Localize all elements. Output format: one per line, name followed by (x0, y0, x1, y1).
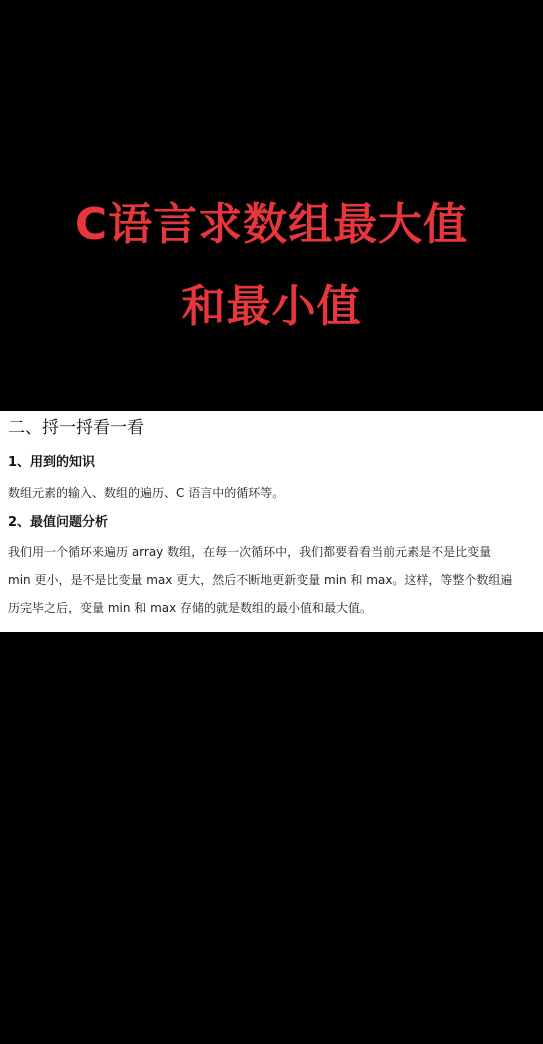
section-heading-analysis: 2、最值问题分析 (8, 514, 108, 532)
section-heading-knowledge: 1、用到的知识 (8, 454, 95, 472)
title-line-1: C语言求数组最大值 (0, 202, 543, 248)
video-title: C语言求数组最大值 和最小值 (0, 190, 543, 330)
analysis-line-1: 我们用一个循环来遍历 array 数组，在每一次循环中，我们都要看看当前元素是不… (8, 543, 491, 561)
document-excerpt: 二、捋一捋看一看 1、用到的知识 数组元素的输入、数组的遍历、C 语言中的循环等… (0, 411, 543, 632)
analysis-line-2: min 更小，是不是比变量 max 更大，然后不断地更新变量 min 和 max… (8, 571, 512, 589)
title-line-2: 和最小值 (0, 284, 543, 330)
section-paragraph-knowledge: 数组元素的输入、数组的遍历、C 语言中的循环等。 (8, 484, 284, 502)
analysis-line-3: 历完毕之后，变量 min 和 max 存储的就是数组的最小值和最大值。 (8, 599, 372, 617)
document-heading: 二、捋一捋看一看 (8, 417, 144, 439)
